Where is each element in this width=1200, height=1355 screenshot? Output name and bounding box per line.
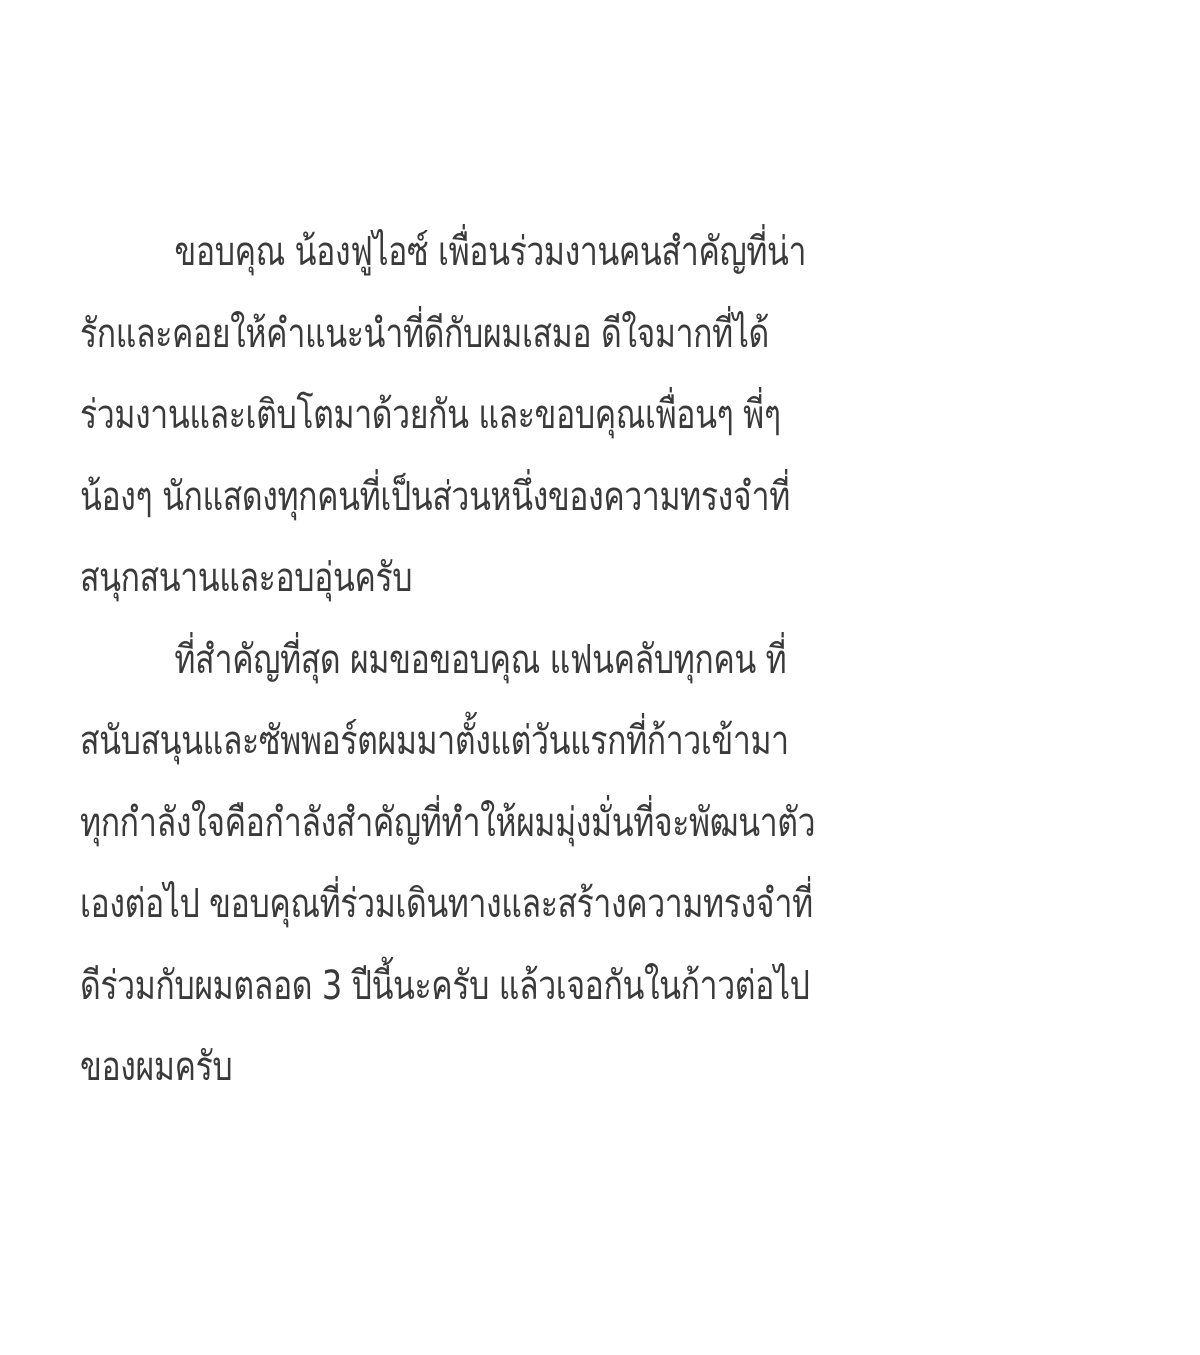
text-line: ที่สำคัญที่สุด ผมขอขอบคุณ แฟนคลับทุกคน ท… (80, 620, 952, 702)
text-line: ทุกกำลังใจคือกำลังสำคัญที่ทำให้ผมมุ่งมั่… (80, 783, 952, 865)
text-line: ดีร่วมกับผมตลอด 3 ปีนี้นะครับ แล้วเจอกัน… (80, 946, 952, 1028)
text-line: ขอบคุณ น้องฟูไอซ์ เพื่อนร่วมงานคนสำคัญที… (80, 212, 952, 294)
text-line: เองต่อไป ขอบคุณที่ร่วมเดินทางและสร้างควา… (80, 864, 952, 946)
text-line: ร่วมงานและเติบโตมาด้วยกัน และขอบคุณเพื่อ… (80, 375, 952, 457)
text-line: สนับสนุนและซัพพอร์ตผมมาตั้งแต่วันแรกที่ก… (80, 701, 952, 783)
text-line: ของผมครับ (80, 1027, 952, 1109)
document-body: ขอบคุณ น้องฟูไอซ์ เพื่อนร่วมงานคนสำคัญที… (80, 212, 1170, 1109)
text-line: รักและคอยให้คำแนะนำที่ดีกับผมเสมอ ดีใจมา… (80, 294, 952, 376)
paragraph-2: ที่สำคัญที่สุด ผมขอขอบคุณ แฟนคลับทุกคน ท… (80, 620, 1170, 1109)
text-line: น้องๆ นักแสดงทุกคนที่เป็นส่วนหนึ่งของควา… (80, 457, 952, 539)
paragraph-1: ขอบคุณ น้องฟูไอซ์ เพื่อนร่วมงานคนสำคัญที… (80, 212, 1170, 620)
text-line: สนุกสนานและอบอุ่นครับ (80, 538, 952, 620)
